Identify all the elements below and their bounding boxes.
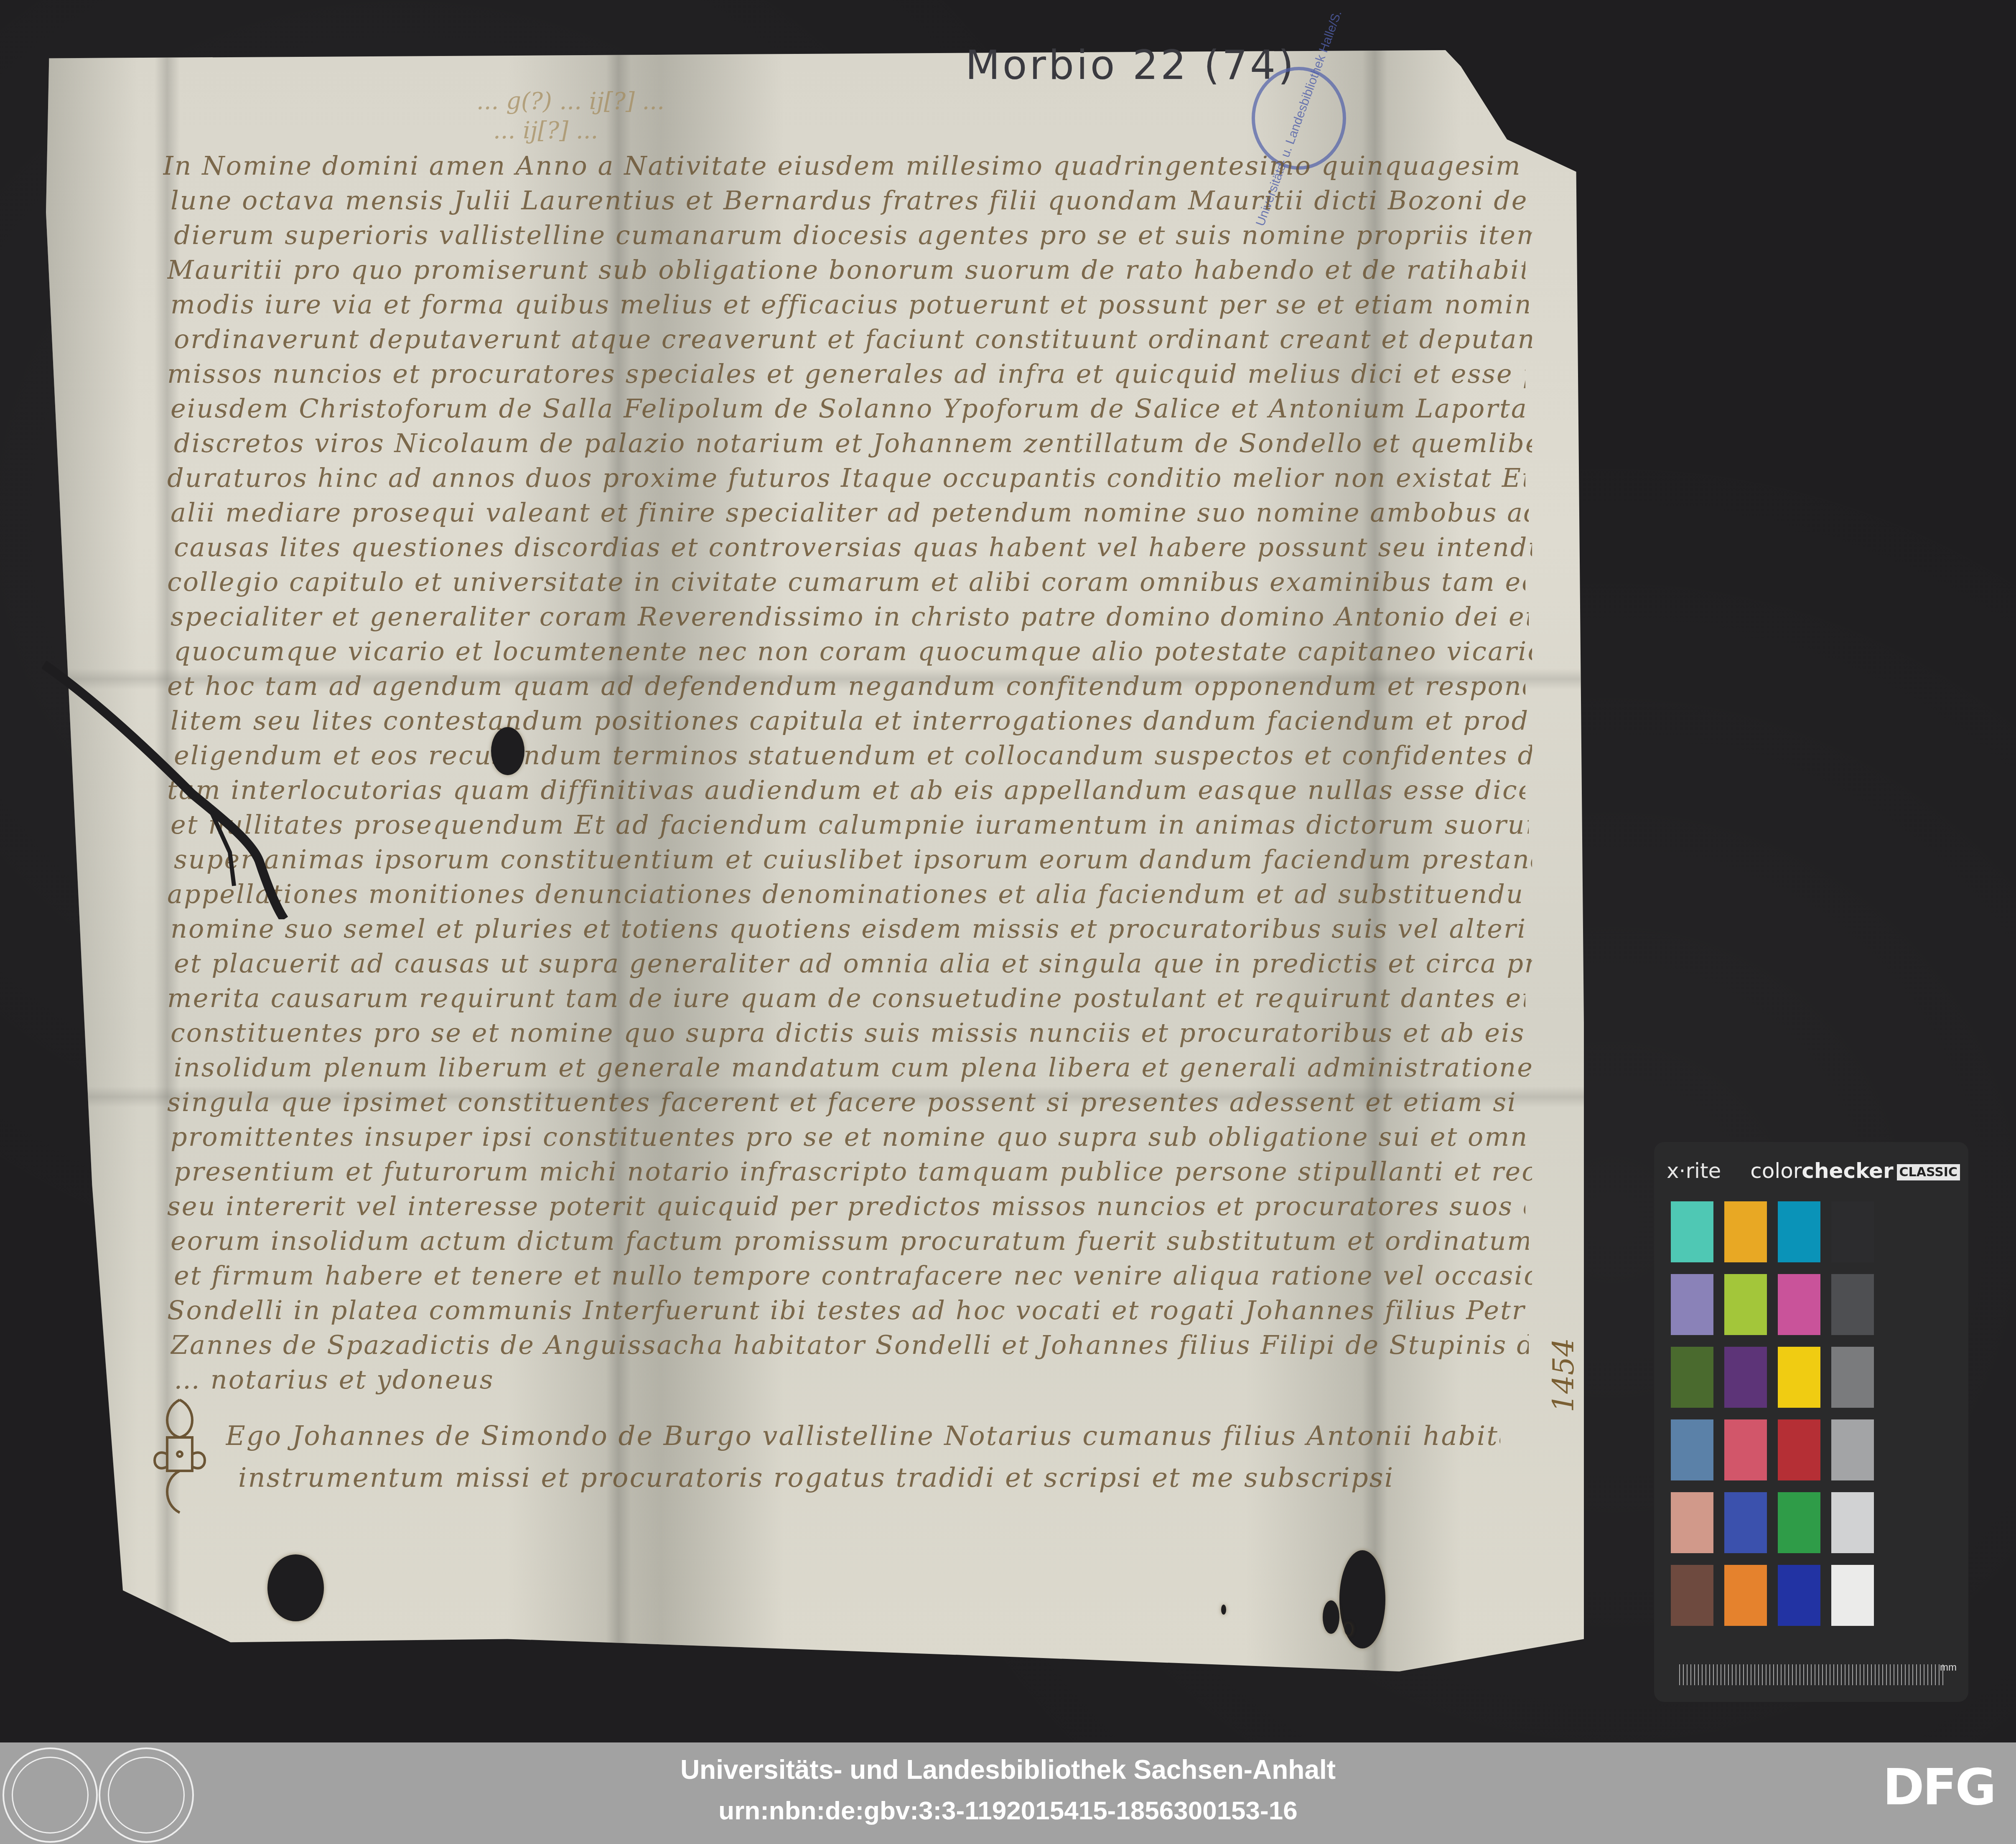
color-checker-card: x·rite colorcheckerCLASSIC mm (1654, 1142, 1968, 1702)
hole-small (1221, 1605, 1226, 1615)
manuscript-line: missos nuncios et procuratores speciales… (167, 359, 1525, 389)
checker-header: x·rite colorcheckerCLASSIC (1662, 1159, 1960, 1188)
hole-small (1323, 1600, 1339, 1634)
notary-subscription-line: Ego Johannes de Simondo de Burgo vallist… (226, 1421, 1500, 1452)
manuscript-line: modis iure via et forma quibus melius et… (171, 289, 1529, 320)
manuscript-line: appellationes monitiones denunciationes … (167, 879, 1525, 909)
color-patch-blue-primary (1778, 1565, 1820, 1626)
manuscript-line: litem seu lites contestandum positiones … (171, 705, 1529, 736)
manuscript-line: nomine suo semel et pluries et totiens q… (171, 913, 1529, 944)
color-patch-blue-flower (1671, 1274, 1713, 1335)
color-patch-neutral-8 (1831, 1492, 1874, 1553)
color-patch-black (1831, 1201, 1874, 1262)
title-light: color (1750, 1159, 1802, 1183)
manuscript-line: duraturos hinc ad annos duos proxime fut… (167, 463, 1525, 493)
parchment-tear-icon (42, 652, 309, 919)
footer-bar: Universitäts- und Landesbibliothek Sachs… (0, 1742, 2016, 1844)
title-bold: checker (1802, 1159, 1893, 1183)
manuscript-line: discretos viros Nicolaum de palazio nota… (174, 428, 1532, 458)
manuscript-line: dierum superioris vallistelline cumanaru… (174, 220, 1532, 250)
color-patch-blue (1724, 1492, 1767, 1553)
manuscript-line: eligendum et eos recusandum terminos sta… (174, 740, 1532, 771)
side-note-date: 1454 (1546, 1338, 1581, 1412)
manuscript-line: causas lites questiones discordias et co… (174, 532, 1532, 562)
faded-top-note-2: ... ij[?] ... (493, 117, 598, 144)
color-patch-orange (1724, 1565, 1767, 1626)
color-patch-bluish-green (1671, 1201, 1713, 1262)
ruler-unit: mm (1940, 1662, 1957, 1674)
color-patch-purple (1724, 1347, 1767, 1408)
color-patch-red (1778, 1419, 1820, 1480)
patch-grid (1671, 1201, 1955, 1626)
notary-signum-icon (146, 1391, 213, 1517)
manuscript-line: et hoc tam ad agendum quam ad defendendu… (167, 671, 1525, 701)
manuscript-line: specialiter et generaliter coram Reveren… (171, 601, 1529, 632)
hole-small (1344, 1623, 1352, 1635)
manuscript-line: … notarius et ydoneus (174, 1364, 1532, 1395)
manuscript-line: et placuerit ad causas ut supra generali… (174, 948, 1532, 979)
color-patch-yellow-green (1724, 1274, 1767, 1335)
color-patch-magenta (1778, 1274, 1820, 1335)
manuscript-line: quocumque vicario et locumtenente nec no… (174, 636, 1532, 666)
manuscript-line: eorum insolidum actum dictum factum prom… (171, 1226, 1529, 1256)
manuscript-line: constituentes pro se et nomine quo supra… (171, 1017, 1529, 1048)
dfg-logo: DFG (1883, 1758, 1995, 1816)
manuscript-line: lune octava mensis Julii Laurentius et B… (171, 185, 1529, 216)
shelfmark: Morbio 22 (74) (965, 42, 1296, 89)
manuscript-line: tam interlocutorias quam diffinitivas au… (167, 775, 1525, 805)
notary-subscription-line: instrumentum missi et procuratoris rogat… (238, 1462, 1513, 1493)
manuscript-line: promittentes insuper ipsi constituentes … (171, 1122, 1529, 1152)
color-patch-blue-sky (1671, 1419, 1713, 1480)
color-patch-green (1778, 1492, 1820, 1553)
color-patch-foliage (1671, 1347, 1713, 1408)
manuscript-line: et firmum habere et tenere et nullo temp… (174, 1260, 1532, 1291)
color-patch-dark-skin (1671, 1565, 1713, 1626)
manuscript-line: singula que ipsimet constituentes facere… (167, 1087, 1525, 1117)
manuscript-line: super animas ipsorum constituentium et c… (174, 844, 1532, 875)
color-patch-orange-yellow (1724, 1201, 1767, 1262)
manuscript-line: et nullitates prosequendum Et ad faciend… (171, 809, 1529, 840)
institution-name: Universitäts- und Landesbibliothek Sachs… (0, 1754, 2016, 1785)
colorchecker-title: colorcheckerCLASSIC (1750, 1159, 1960, 1183)
classic-badge: CLASSIC (1897, 1164, 1960, 1180)
manuscript-line: seu intererit vel interesse poterit quic… (167, 1191, 1525, 1221)
manuscript-line: Mauritii pro quo promiserunt sub obligat… (167, 254, 1525, 285)
manuscript-line: merita causarum requirunt tam de iure qu… (167, 983, 1525, 1013)
hole-wax-seal (491, 727, 524, 775)
faded-top-note-1: ... g(?) ... ij[?] ... (476, 88, 664, 115)
manuscript-line: eiusdem Christoforum de Salla Felipolum … (171, 393, 1529, 424)
color-patch-yellow (1778, 1347, 1820, 1408)
color-patch-white (1831, 1565, 1874, 1626)
color-patch-neutral-3.5 (1831, 1274, 1874, 1335)
urn-identifier: urn:nbn:de:gbv:3:3-1192015415-1856300153… (0, 1796, 2016, 1826)
color-patch-moderate-red (1724, 1419, 1767, 1480)
manuscript-line: collegio capitulo et universitate in civ… (167, 567, 1525, 597)
manuscript-line: Sondelli in platea communis Interfuerunt… (167, 1295, 1525, 1325)
manuscript-line: presentium et futurorum michi notario in… (174, 1156, 1532, 1187)
mm-ruler (1679, 1664, 1943, 1685)
color-patch-light-skin (1671, 1492, 1713, 1553)
color-patch-neutral-6.5 (1831, 1419, 1874, 1480)
color-patch-cyan (1778, 1201, 1820, 1262)
manuscript-line: ordinaverunt deputaverunt atque creaveru… (174, 324, 1532, 354)
manuscript-line: In Nomine domini amen Anno a Nativitate … (163, 150, 1521, 181)
hole-seal-cord (267, 1554, 324, 1621)
manuscript-line: alii mediare prosequi valeant et finire … (171, 497, 1529, 528)
manuscript-line: Zannes de Spazadictis de Anguissacha hab… (171, 1330, 1529, 1360)
color-patch-neutral-5 (1831, 1347, 1874, 1408)
xrite-logo: x·rite (1667, 1159, 1721, 1183)
manuscript-line: insolidum plenum liberum et generale man… (174, 1052, 1532, 1083)
